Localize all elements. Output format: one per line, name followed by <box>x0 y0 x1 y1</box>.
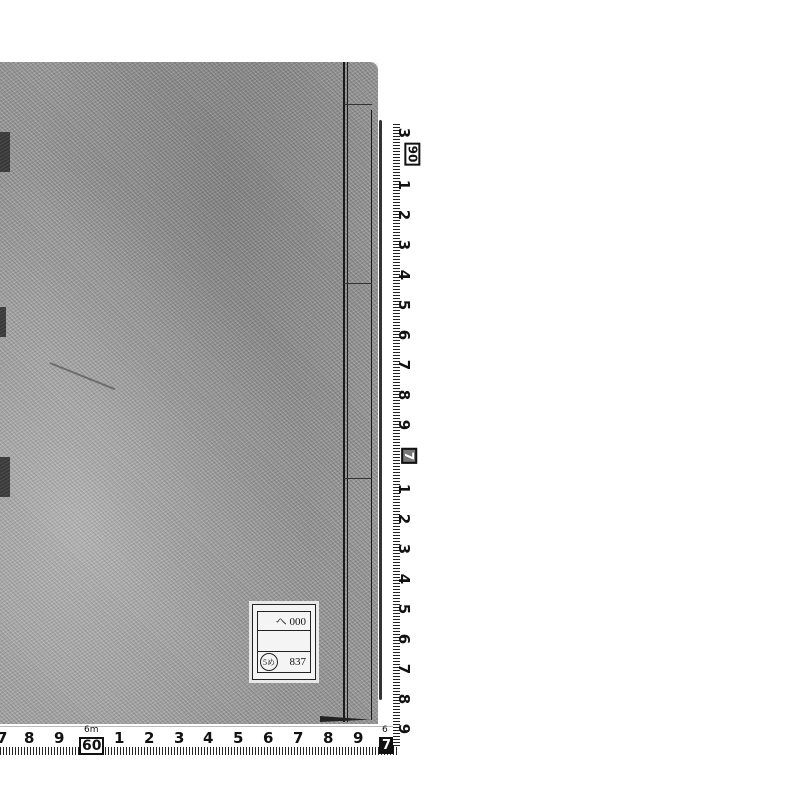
label-number: 837 <box>290 656 307 668</box>
ruler-number: 7 <box>293 729 303 747</box>
ruler-number: 2 <box>144 729 154 747</box>
ruler-number: 9 <box>353 729 363 747</box>
stitch <box>344 478 372 479</box>
ruler-number: 2 <box>395 514 413 524</box>
ruler-number: 1 <box>395 484 413 494</box>
binding-edge <box>371 110 372 720</box>
ruler-major-mark: 7 <box>401 448 417 464</box>
ruler-number: 7 <box>395 664 413 674</box>
title-character-fragment <box>0 307 6 337</box>
ruler-major-mark: 90 <box>404 143 420 166</box>
ruler-number: 4 <box>395 574 413 584</box>
catalog-label: ヘ 000 5め 837 <box>252 604 316 680</box>
ruler-number: 8 <box>24 729 34 747</box>
ruler-number: 9 <box>54 729 64 747</box>
page-edge <box>379 120 382 700</box>
ruler-number: 8 <box>395 694 413 704</box>
ruler-number: 3 <box>174 729 184 747</box>
ruler-unit: 6m <box>84 725 99 735</box>
ruler-number: 8 <box>323 729 333 747</box>
label-row-3: 5め 837 <box>257 651 311 673</box>
ruler-number: 7 <box>0 729 7 747</box>
ruler-unit: 6 <box>382 725 388 735</box>
ruler-number: 4 <box>203 729 213 747</box>
ruler-number: 9 <box>395 724 413 734</box>
ruler-end-mark: 7 <box>379 737 394 754</box>
scanned-page: ヘ 000 5め 837 7 8 9 60 6m 1 2 3 4 5 6 7 8… <box>0 0 800 800</box>
ruler-number: 3 <box>395 128 413 138</box>
book-cover <box>0 62 378 724</box>
title-character-fragment <box>0 457 10 497</box>
stitch <box>344 283 372 284</box>
label-row-1: ヘ 000 <box>257 611 311 631</box>
label-row-2 <box>257 630 311 652</box>
label-stamp: 5め <box>260 653 278 671</box>
ruler-number: 5 <box>395 604 413 614</box>
ruler-number: 5 <box>395 300 413 310</box>
ruler-number: 1 <box>114 729 124 747</box>
binding-line <box>347 62 348 722</box>
ruler-number: 9 <box>395 420 413 430</box>
stitch <box>344 104 372 105</box>
ruler-number: 6 <box>395 330 413 340</box>
ruler-number: 5 <box>233 729 243 747</box>
ruler-major-mark: 60 <box>79 737 104 755</box>
cover-crease <box>50 362 116 390</box>
ruler-number: 6 <box>263 729 273 747</box>
ruler-number: 4 <box>395 270 413 280</box>
ruler-number: 3 <box>395 240 413 250</box>
binding-line <box>343 62 345 722</box>
ruler-number: 7 <box>395 360 413 370</box>
ruler-number: 1 <box>395 180 413 190</box>
bottom-ruler: 7 8 9 60 6m 1 2 3 4 5 6 7 8 9 7 6 <box>0 726 398 755</box>
ruler-number: 6 <box>395 634 413 644</box>
ruler-ticks <box>0 747 398 755</box>
right-ruler: 3 90 1 2 3 4 5 6 7 8 9 7 1 2 3 4 5 6 7 8… <box>393 124 419 746</box>
title-character-fragment <box>0 132 10 172</box>
ruler-number: 8 <box>395 390 413 400</box>
ruler-number: 3 <box>395 544 413 554</box>
ruler-number: 2 <box>395 210 413 220</box>
